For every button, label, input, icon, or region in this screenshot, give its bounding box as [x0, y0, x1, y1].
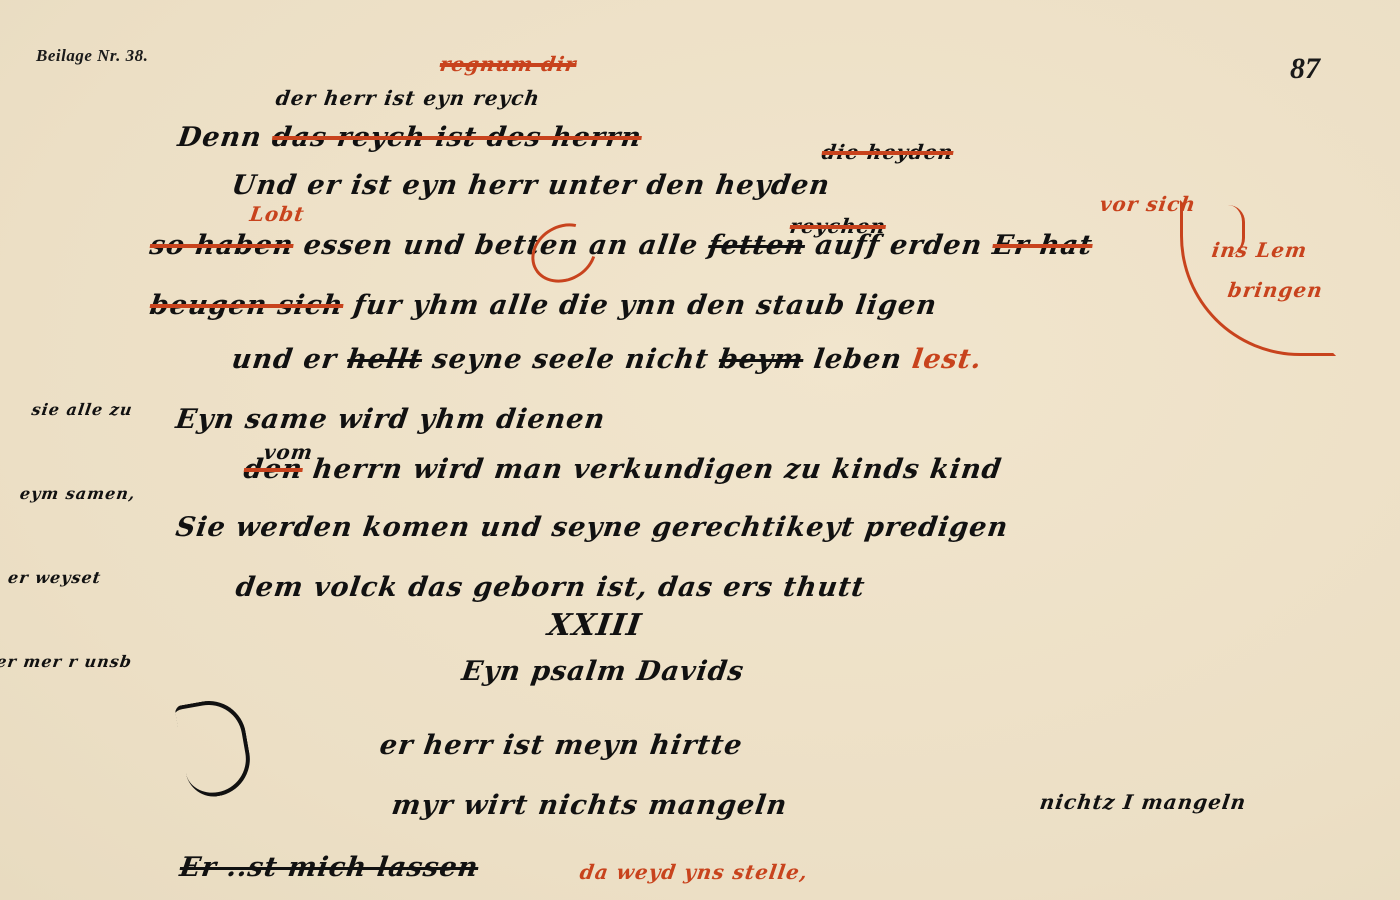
psalm-right-note: nichtz I mangeln [1038, 790, 1248, 814]
psalm-red-correction: da weyd yns stelle, [578, 860, 809, 884]
psalm-line-3: Er ..st mich lassen [178, 852, 481, 883]
red-bracket-curve [1180, 200, 1336, 356]
manuscript-line-1: Denn das reych ist des herrn [176, 122, 644, 153]
above-reychen: reychen [788, 214, 887, 238]
manuscript-line-2: Und er ist eyn herr unter den heyden [230, 170, 832, 201]
manuscript-line-8: Sie werden komen und seyne gerechtikeyt … [174, 512, 1011, 543]
manuscript-page: Beilage Nr. 38. 87 regnum dir der herr i… [0, 0, 1400, 900]
red-arc-mark [521, 212, 608, 294]
manuscript-line-7: den herrn wird man verkundigen zu kinds … [242, 454, 1004, 485]
psalm-title: Eyn psalm Davids [460, 656, 746, 687]
manuscript-line-9: dem volck das geborn ist, das ers thutt [234, 572, 867, 603]
red-insert-lobt: Lobt [248, 202, 306, 226]
manuscript-line-5: und er hellt seyne seele nicht beym lebe… [230, 344, 984, 375]
left-margin-note: sie alle zu eym samen, er weyset er mer … [0, 340, 177, 732]
decorated-initial-d [174, 695, 256, 801]
psalm-line-1: er herr ist meyn hirtte [378, 730, 745, 761]
right-correction-heyden: die heyden [820, 140, 955, 164]
interlinear-insert: der herr ist eyn reych [274, 86, 541, 110]
manuscript-line-3: so haben essen und betten an alle fetten… [148, 230, 1095, 261]
psalm-number: XXIII [546, 608, 645, 643]
manuscript-line-4: beugen sich fur yhm alle die ynn den sta… [148, 290, 939, 321]
psalm-line-2: myr wirt nichts mangeln [390, 790, 790, 821]
page-number: 87 [1290, 52, 1320, 86]
appendix-label: Beilage Nr. 38. [36, 46, 148, 66]
red-correction-top: regnum dir [438, 52, 578, 76]
manuscript-line-6: Eyn same wird yhm dienen [174, 404, 608, 435]
